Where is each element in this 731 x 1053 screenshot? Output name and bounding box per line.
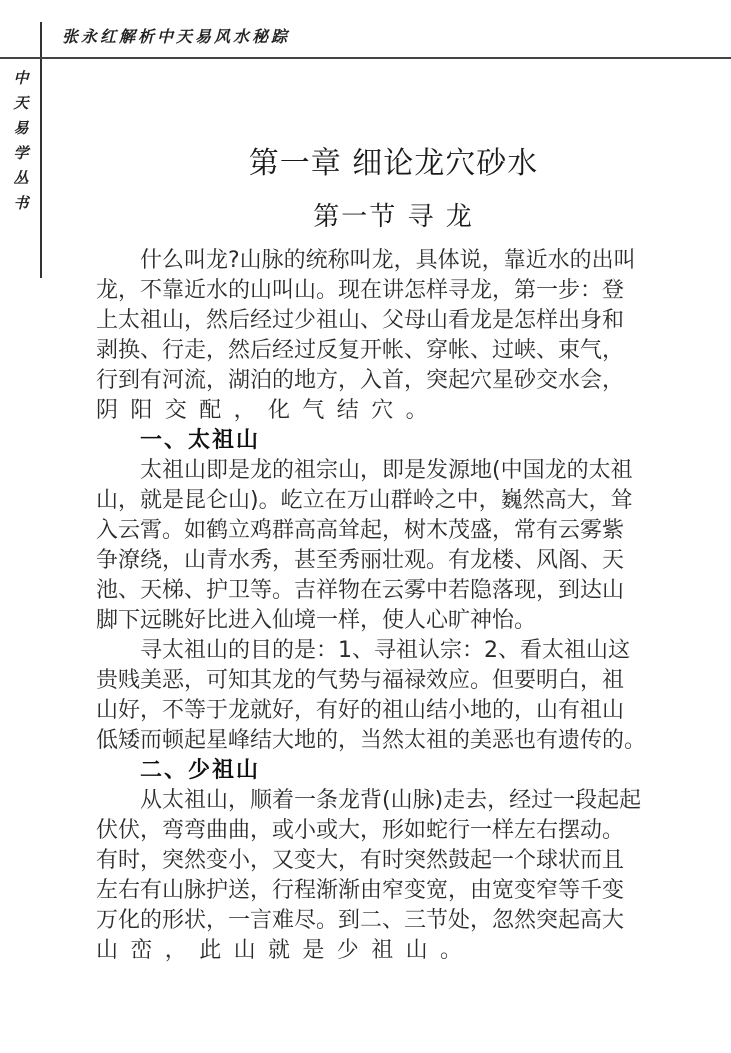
subsection-heading: 二、少祖山 xyxy=(96,756,690,786)
text-line: 龙，不靠近水的山叫山。现在讲怎样寻龙，第一步：登 xyxy=(96,276,690,306)
section-title: 第一节 寻 龙 xyxy=(0,196,731,233)
text-line: 什么叫龙?山脉的统称叫龙，具体说，靠近水的出叫 xyxy=(96,246,690,276)
text-line: 阴阳交配，化气结穴。 xyxy=(96,396,690,426)
text-line: 伏伏，弯弯曲曲，或小或大，形如蛇行一样左右摆动。 xyxy=(96,816,690,846)
text-line: 上太祖山，然后经过少祖山、父母山看龙是怎样出身和 xyxy=(96,306,690,336)
text-line: 剥换、行走，然后经过反复开帐、穿帐、过峡、束气， xyxy=(96,336,690,366)
text-line: 争潦绕，山青水秀，甚至秀丽壮观。有龙楼、风阁、天 xyxy=(96,546,690,576)
text-line: 池、天梯、护卫等。吉祥物在云雾中若隐落现，到达山 xyxy=(96,576,690,606)
text-line: 从太祖山，顺着一条龙背(山脉)走去，经过一段起起 xyxy=(96,786,690,816)
header-horizontal-rule xyxy=(0,57,731,59)
text-line: 有时，突然变小，又变大，有时突然鼓起一个球状而且 xyxy=(96,846,690,876)
text-line: 左右有山脉护送，行程渐渐由窄变宽，由宽变窄等千变 xyxy=(96,876,690,906)
text-line: 脚下远眺好比进入仙境一样，使人心旷神怡。 xyxy=(96,606,690,636)
text-line: 寻太祖山的目的是：1、寻祖认宗：2、看太祖山这 xyxy=(96,636,690,666)
side-char: 中 xyxy=(8,66,34,91)
subsection-heading: 一、太祖山 xyxy=(96,426,690,456)
text-line: 山好，不等于龙就好，有好的祖山结小地的，山有祖山 xyxy=(96,696,690,726)
text-line: 入云霄。如鹤立鸡群高高耸起，树木茂盛，常有云雾紫 xyxy=(96,516,690,546)
text-line: 山峦，此山就是少祖山。 xyxy=(96,936,690,966)
text-line: 太祖山即是龙的祖宗山，即是发源地(中国龙的太祖 xyxy=(96,456,690,486)
text-line: 贵贱美恶，可知其龙的气势与福禄效应。但要明白，祖 xyxy=(96,666,690,696)
side-char: 天 xyxy=(8,91,34,116)
text-line: 万化的形状，一言难尽。到二、三节处，忽然突起高大 xyxy=(96,906,690,936)
running-header: 张永红解析中天易风水秘踪 xyxy=(62,24,290,47)
text-line: 行到有河流，湖泊的地方，入首，突起穴星砂交水会， xyxy=(96,366,690,396)
text-line: 山，就是昆仑山)。屹立在万山群岭之中，巍然高大，耸 xyxy=(96,486,690,516)
body-text: 什么叫龙?山脉的统称叫龙，具体说，靠近水的出叫龙，不靠近水的山叫山。现在讲怎样寻… xyxy=(96,246,690,966)
chapter-title: 第一章 细论龙穴砂水 xyxy=(0,138,731,182)
text-line: 低矮而顿起星峰结大地的，当然太祖的美恶也有遗传的。 xyxy=(96,726,690,756)
